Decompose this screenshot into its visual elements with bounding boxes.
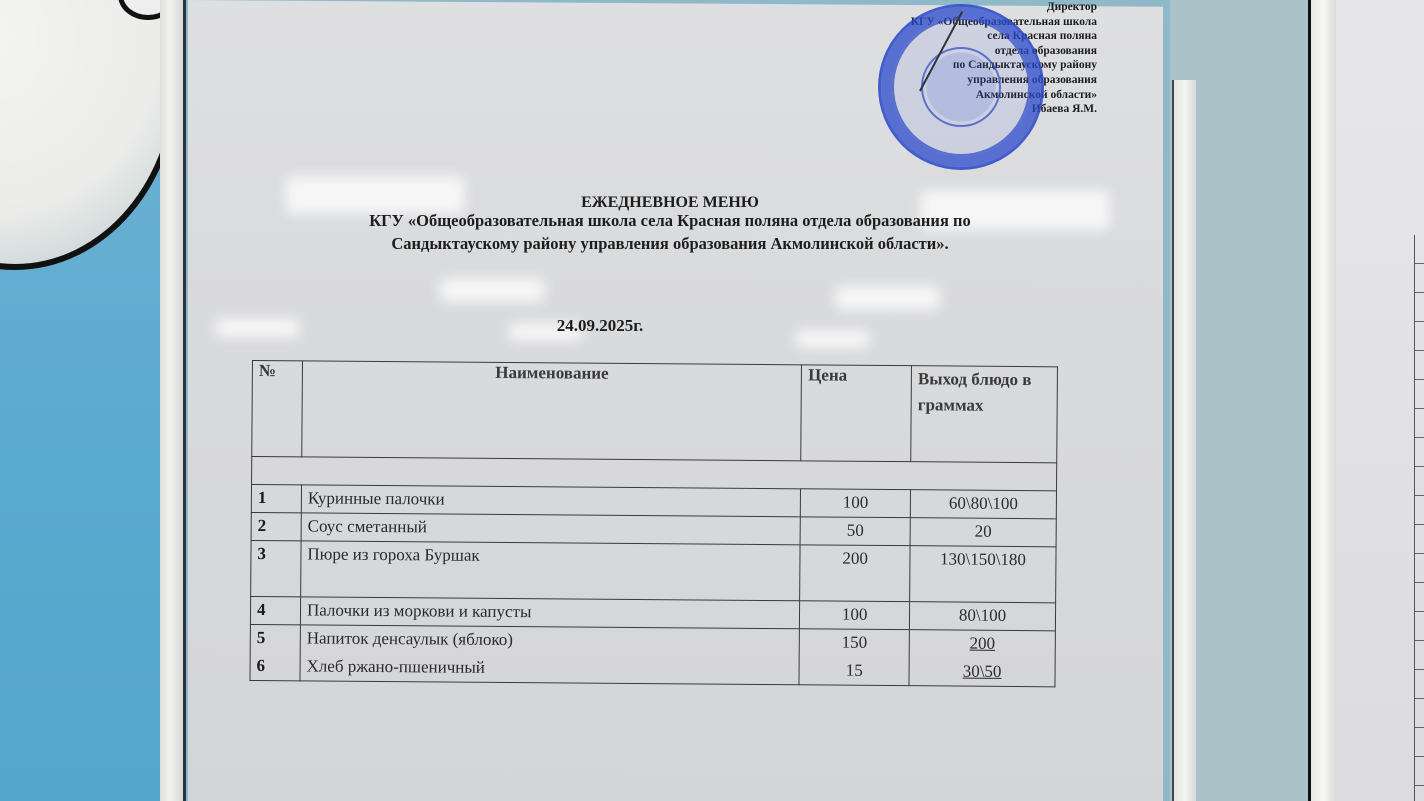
row-name: Напиток денсаулык (яблоко) [300, 625, 799, 657]
row-name: Куринные палочки [301, 485, 800, 517]
row-number: 3 [251, 540, 301, 596]
adjacent-paper [1336, 0, 1424, 801]
row-name: Палочки из моркови и капусты [300, 597, 799, 629]
header-name: Наименование [302, 361, 802, 461]
row-price: 150 [799, 629, 909, 658]
row-yield: 80\100 [909, 602, 1055, 631]
frame-strip-right [1308, 0, 1336, 801]
official-stamp-icon [878, 4, 1044, 170]
table-header-row: № Наименование Цена Выход блюдо в грамма… [252, 361, 1058, 463]
row-number: 6 [250, 652, 300, 680]
row-price: 15 [799, 657, 909, 686]
row-yield: 20 [910, 518, 1056, 547]
frame-strip-middle [1172, 80, 1196, 801]
row-name: Хлеб ржано-пшеничный [300, 653, 799, 685]
light-reflection [440, 278, 545, 302]
stamp-emblem [921, 47, 1001, 127]
table-row: 3 Пюре из гороха Буршак 200 130\150\180 [251, 540, 1056, 602]
row-number: 4 [250, 596, 300, 624]
cartoon-illustration [0, 0, 180, 270]
document-date: 24.09.2025г. [250, 316, 950, 336]
row-number: 1 [251, 485, 301, 513]
adjacent-table-edge [1414, 235, 1424, 801]
row-price: 100 [800, 601, 910, 630]
header-price: Цена [801, 365, 912, 462]
row-price: 100 [801, 489, 911, 518]
header-number: № [252, 361, 303, 457]
row-yield: 130\150\180 [910, 546, 1056, 603]
frame-strip-left [160, 0, 186, 801]
menu-table: № Наименование Цена Выход блюдо в грамма… [249, 360, 1057, 687]
light-reflection [835, 286, 940, 310]
row-name: Пюре из гороха Буршак [301, 541, 801, 601]
table-row: 6 Хлеб ржано-пшеничный 15 30\50 [250, 652, 1055, 686]
organization-line-2: Сандыктаускому району управления образов… [250, 233, 1090, 255]
row-yield: 60\80\100 [910, 490, 1056, 519]
wall-background-left [0, 0, 180, 801]
header-yield: Выход блюдо в граммах [911, 366, 1058, 463]
row-price: 50 [800, 517, 910, 546]
organization-line-1: КГУ «Общеобразовательная школа села Крас… [250, 210, 1090, 232]
row-number: 2 [251, 512, 301, 540]
row-yield: 30\50 [909, 658, 1055, 687]
row-price: 200 [800, 545, 910, 602]
row-yield: 200 [909, 630, 1055, 659]
row-name: Соус сметанный [301, 513, 800, 545]
row-number: 5 [250, 624, 300, 652]
